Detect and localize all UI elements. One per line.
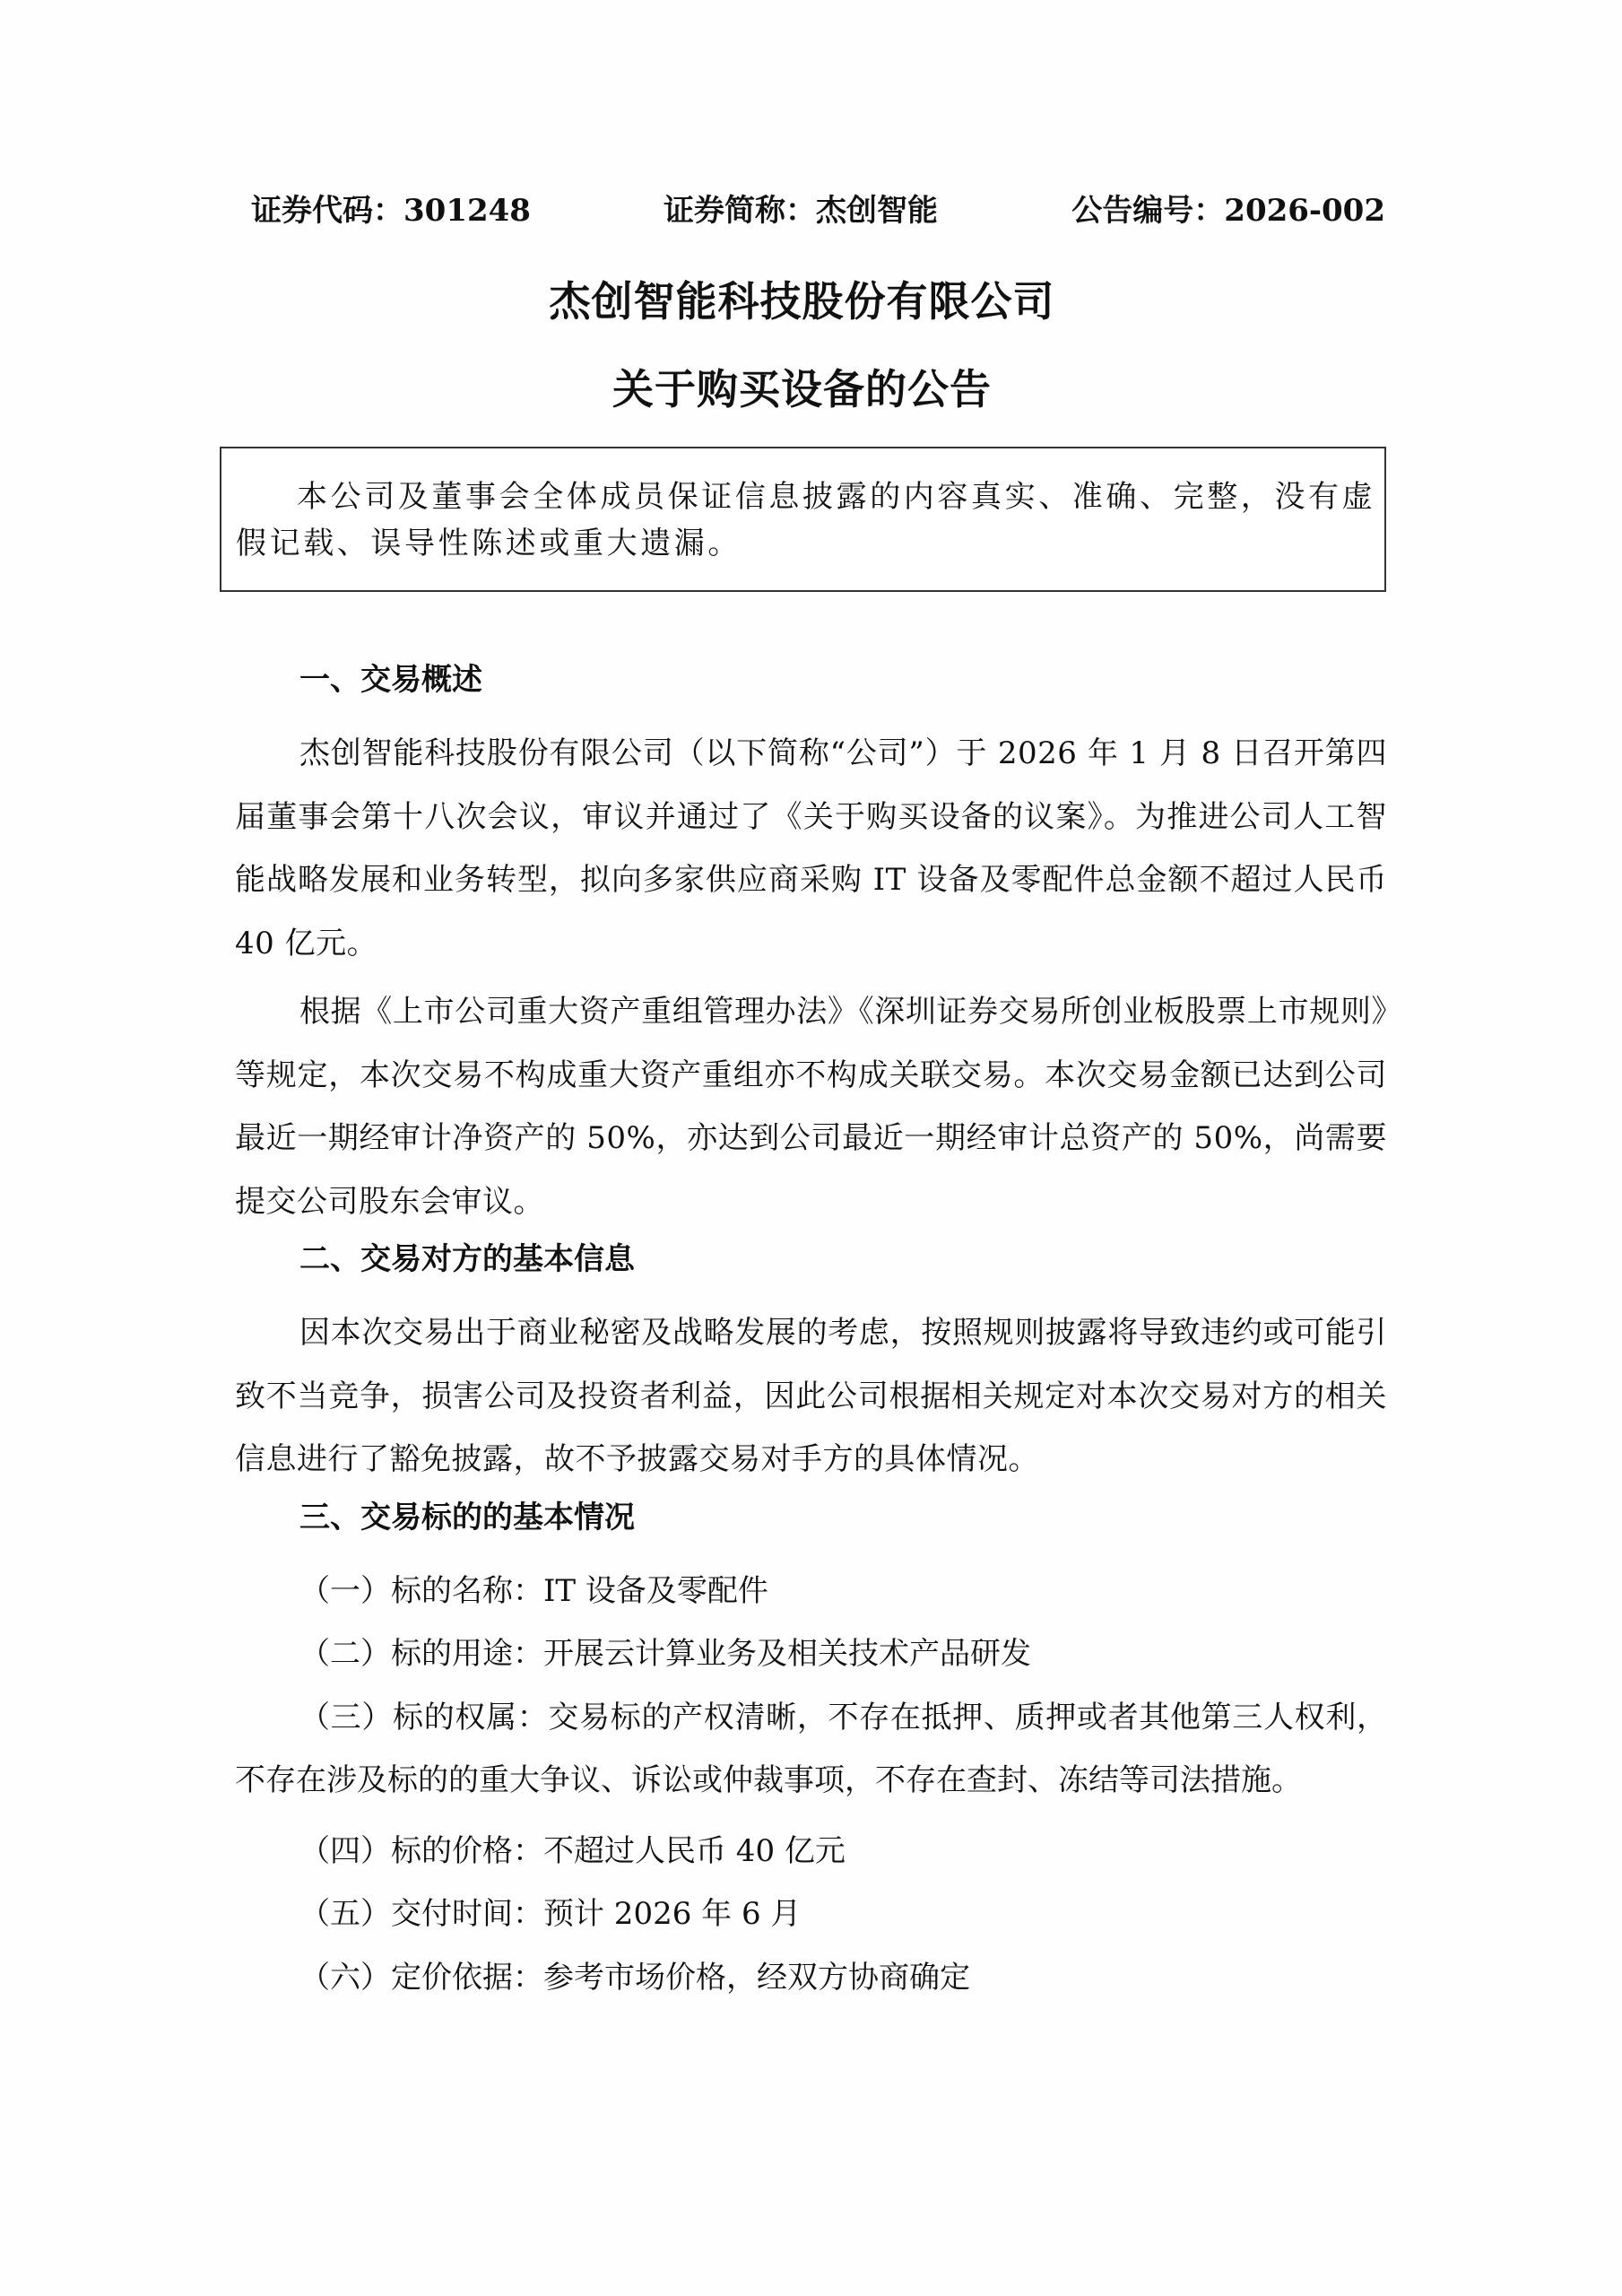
paragraph: 因本次交易出于商业秘密及战略发展的考虑，按照规则披露将导致违约或可能引致不当竞争… <box>235 1301 1387 1492</box>
announcement-title: 关于购买设备的公告 <box>0 357 1613 416</box>
disclosure-statement: 本公司及董事会全体成员保证信息披露的内容真实、准确、完整，没有虚假记载、误导性陈… <box>236 474 1379 567</box>
paragraph: 杰创智能科技股份有限公司（以下简称“公司”）于 2026 年 1 月 8 日召开… <box>235 722 1387 975</box>
list-item-subject-price: （四）标的价格：不超过人民币 40 亿元 <box>235 1820 1387 1883</box>
company-title: 杰创智能科技股份有限公司 <box>0 269 1613 328</box>
disclosure-statement-box: 本公司及董事会全体成员保证信息披露的内容真实、准确、完整，没有虚假记载、误导性陈… <box>220 447 1386 592</box>
announcement-page: 证券代码：301248 证券简称：杰创智能 公告编号：2026-002 杰创智能… <box>0 0 1622 2296</box>
section-heading: 一、交易概述 <box>235 659 1387 700</box>
list-item-pricing-basis: （六）定价依据：参考市场价格，经双方协商确定 <box>235 1946 1387 2010</box>
list-item-subject-name: （一）标的名称：IT 设备及零配件 <box>235 1560 1387 1623</box>
announcement-header: 证券代码：301248 证券简称：杰创智能 公告编号：2026-002 <box>251 188 1385 233</box>
section-counterparty-info: 二、交易对方的基本信息 因本次交易出于商业秘密及战略发展的考虑，按照规则披露将导… <box>235 1239 1387 1492</box>
security-abbreviation: 证券简称：杰创智能 <box>664 188 938 233</box>
announcement-body: 一、交易概述 杰创智能科技股份有限公司（以下简称“公司”）于 2026 年 1 … <box>235 659 1387 2009</box>
announcement-number: 公告编号：2026-002 <box>1071 188 1385 233</box>
list-item-subject-ownership: （三）标的权属：交易标的产权清晰，不存在抵押、质押或者其他第三人权利，不存在涉及… <box>235 1686 1387 1813</box>
section-subject-info: 三、交易标的的基本情况 （一）标的名称：IT 设备及零配件 （二）标的用途：开展… <box>235 1497 1387 2010</box>
list-item-delivery-time: （五）交付时间：预计 2026 年 6 月 <box>235 1883 1387 1946</box>
list-item-subject-purpose: （二）标的用途：开展云计算业务及相关技术产品研发 <box>235 1622 1387 1686</box>
paragraph: 根据《上市公司重大资产重组管理办法》《深圳证券交易所创业板股票上市规则》等规定，… <box>235 980 1387 1233</box>
section-heading: 二、交易对方的基本信息 <box>235 1239 1387 1280</box>
section-heading: 三、交易标的的基本情况 <box>235 1497 1387 1538</box>
security-code: 证券代码：301248 <box>251 188 531 233</box>
section-transaction-overview: 一、交易概述 杰创智能科技股份有限公司（以下简称“公司”）于 2026 年 1 … <box>235 659 1387 1233</box>
